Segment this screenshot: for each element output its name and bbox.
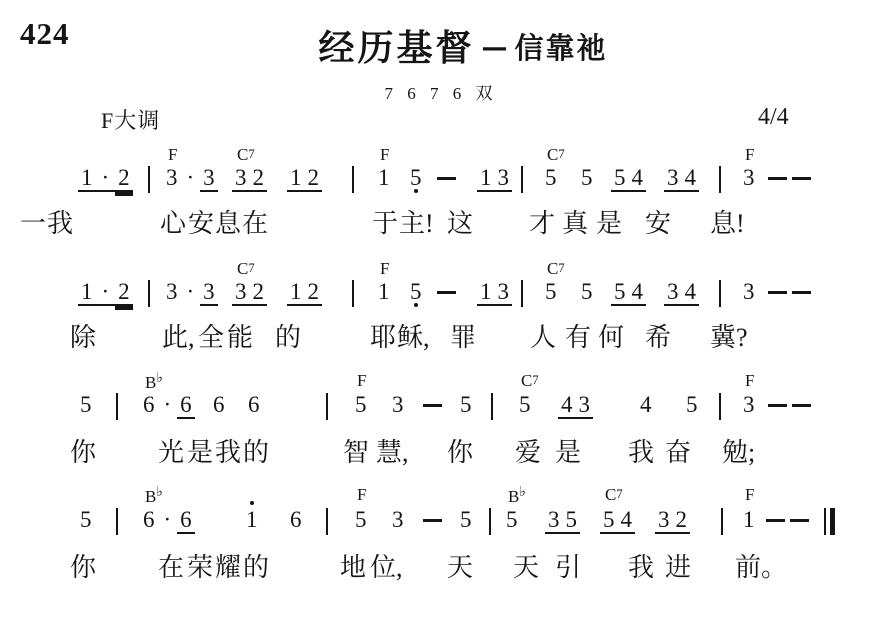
- note-group: 5: [683, 394, 701, 415]
- chord-label: F: [380, 260, 389, 277]
- lyric-syllable: 智: [343, 439, 369, 468]
- sustain-dash: [766, 519, 785, 522]
- note-group: 1: [375, 281, 393, 302]
- note-digit: 6: [287, 509, 305, 530]
- lyric-syllable: 才: [529, 210, 555, 239]
- note-digit: 5: [352, 394, 370, 415]
- note-group: 1·2: [78, 167, 133, 192]
- note-digit: 6: [245, 394, 263, 415]
- lyric-syllable: 息!: [710, 210, 745, 239]
- note-digit: 3: [576, 394, 594, 419]
- lyric-syllable: 荣: [187, 554, 213, 583]
- chord-modifier: 7: [616, 487, 622, 501]
- note-group: 5: [352, 509, 370, 530]
- sustain-dash: [792, 404, 811, 407]
- note-group: 5: [77, 394, 95, 415]
- barline: [116, 508, 118, 535]
- chord-label: F: [380, 146, 389, 163]
- sustain-dash: [437, 177, 456, 180]
- augmentation-dot: ·: [158, 394, 178, 415]
- lyric-syllable: 心: [160, 210, 186, 239]
- lyric-syllable: 你: [447, 439, 473, 468]
- note-digit: 6: [177, 509, 195, 534]
- note-group: 3·3: [163, 281, 218, 306]
- lyric-syllable: 耀: [215, 554, 241, 583]
- chord-label: C7: [547, 146, 565, 163]
- note-digit: 5: [683, 394, 701, 415]
- barline: [352, 166, 354, 193]
- chord-label: C7: [605, 486, 623, 503]
- augmentation-dot: ·: [181, 281, 201, 302]
- lyric-syllable: 有: [565, 324, 591, 353]
- note-digit: 3: [163, 281, 181, 302]
- barline: [719, 280, 721, 307]
- chord-modifier: ♭: [156, 485, 163, 500]
- lyric-syllable: 我: [628, 439, 654, 468]
- lyric-syllable: 是: [555, 439, 581, 468]
- note-digit: 3: [495, 167, 513, 192]
- note-group: 54: [611, 167, 646, 192]
- barline: [719, 393, 721, 420]
- lyric-syllable: 于: [372, 210, 398, 239]
- note-group: 5: [578, 167, 596, 188]
- lyric-syllable: 我: [47, 210, 73, 239]
- note-digit: 2: [305, 167, 323, 192]
- barline: [521, 166, 523, 193]
- lyric-syllable: 进: [665, 554, 691, 583]
- note-group: 6·6: [140, 394, 195, 419]
- chord-modifier: 7: [558, 261, 564, 275]
- lyric-syllable: 勉;: [722, 439, 755, 468]
- note-digit: 4: [637, 394, 655, 415]
- note-digit: 6: [177, 394, 195, 419]
- barline: [116, 393, 118, 420]
- note-group: 5: [542, 167, 560, 188]
- lyric-syllable: 爱: [515, 439, 541, 468]
- barline: [489, 508, 491, 535]
- note-digit: 5: [578, 167, 596, 188]
- barline: [352, 280, 354, 307]
- chord-modifier: 7: [532, 373, 538, 387]
- final-barline: [824, 508, 835, 535]
- augmentation-dot: ·: [158, 509, 178, 530]
- note-group: 3·3: [163, 167, 218, 192]
- note-digit: 3: [389, 394, 407, 415]
- chord-label: C7: [521, 372, 539, 389]
- lyric-syllable: 天: [513, 554, 539, 583]
- note-digit: 5: [457, 509, 475, 530]
- note-group: 1: [375, 167, 393, 188]
- note-digit: 5: [457, 394, 475, 415]
- note-digit: 4: [682, 281, 700, 306]
- barline: [326, 393, 328, 420]
- note-digit: 5: [542, 281, 560, 302]
- note-group: 3: [389, 394, 407, 415]
- music-sheet: 1·23·3F32C7121F5135C7554343F一我心安息在于主!这才真…: [0, 0, 882, 622]
- note-group: 13: [477, 281, 512, 306]
- note-digit: 1: [477, 167, 495, 192]
- note-digit: 1: [375, 281, 393, 302]
- note-digit: 1: [287, 167, 305, 192]
- chord-label: C7: [547, 260, 565, 277]
- lyric-syllable: 人: [530, 324, 556, 353]
- lyric-syllable: 除: [70, 324, 96, 353]
- note-digit: 5: [407, 167, 425, 188]
- note-digit: 2: [115, 167, 133, 192]
- note-group: 1: [243, 509, 261, 530]
- barline: [148, 166, 150, 193]
- note-digit: 3: [232, 281, 250, 306]
- lyric-syllable: 的: [243, 554, 269, 583]
- lyric-syllable: 何: [598, 324, 624, 353]
- note-group: 3: [740, 167, 758, 188]
- sustain-dash: [790, 519, 809, 522]
- note-group: 34: [664, 281, 699, 306]
- note-digit: 5: [600, 509, 618, 534]
- lyric-syllable: 你: [70, 554, 96, 583]
- note-digit: 4: [618, 509, 636, 534]
- chord-label: F: [357, 372, 366, 389]
- note-group: 35: [545, 509, 580, 534]
- note-digit: 4: [629, 167, 647, 192]
- note-digit: 5: [352, 509, 370, 530]
- note-digit: 5: [578, 281, 596, 302]
- lyric-syllable: 引: [555, 554, 581, 583]
- lyric-syllable: 天: [447, 554, 473, 583]
- sustain-dash: [792, 177, 811, 180]
- note-group: 5: [457, 394, 475, 415]
- lyric-syllable: 我: [215, 439, 241, 468]
- lyric-syllable: 是: [596, 210, 622, 239]
- note-group: 32: [232, 281, 267, 306]
- note-group: 3: [740, 281, 758, 302]
- note-digit: 1: [78, 167, 96, 192]
- note-digit: 5: [503, 509, 521, 530]
- chord-label: B♭: [145, 372, 163, 391]
- lyric-syllable: 在: [158, 554, 184, 583]
- barline: [148, 280, 150, 307]
- lyric-syllable: 安: [188, 210, 214, 239]
- barline: [521, 280, 523, 307]
- lyric-syllable: 的: [275, 324, 301, 353]
- hymn-page: 424 经历基督—信靠祂 7 6 7 6 双 F大调 4/4 1·23·3F32…: [0, 0, 882, 622]
- note-group: 5: [407, 281, 425, 302]
- note-group: 12: [287, 281, 322, 306]
- lyric-syllable: 耶: [370, 324, 396, 353]
- lyric-syllable: 这: [447, 210, 473, 239]
- lyric-syllable: 冀?: [710, 324, 748, 353]
- sustain-dash: [423, 519, 442, 522]
- lyric-syllable: 主!: [399, 210, 434, 239]
- note-digit: 2: [250, 281, 268, 306]
- note-group: 3: [740, 394, 758, 415]
- chord-modifier: 7: [558, 147, 564, 161]
- lyric-syllable: 希: [645, 324, 671, 353]
- sustain-dash: [768, 291, 787, 294]
- barline: [491, 393, 493, 420]
- note-group: 5: [516, 394, 534, 415]
- barline: [326, 508, 328, 535]
- barline: [719, 166, 721, 193]
- note-group: 5: [503, 509, 521, 530]
- note-group: 6: [245, 394, 263, 415]
- chord-label: F: [168, 146, 177, 163]
- note-digit: 5: [77, 394, 95, 415]
- note-group: 5: [578, 281, 596, 302]
- lyric-syllable: 位,: [370, 554, 403, 583]
- note-digit: 2: [250, 167, 268, 192]
- note-group: 1·2: [78, 281, 133, 306]
- note-digit: 5: [516, 394, 534, 415]
- note-group: 3: [389, 509, 407, 530]
- sustain-dash: [768, 177, 787, 180]
- lyric-syllable: 奋: [665, 439, 691, 468]
- lyric-syllable: 地: [340, 554, 366, 583]
- chord-modifier: 7: [248, 147, 254, 161]
- barline: [721, 508, 723, 535]
- lyric-syllable: 慧,: [376, 439, 409, 468]
- chord-label: F: [357, 486, 366, 503]
- note-group: 6·6: [140, 509, 195, 534]
- lyric-syllable: 稣,: [397, 324, 430, 353]
- note-digit: 4: [682, 167, 700, 192]
- note-digit: 4: [629, 281, 647, 306]
- note-group: 5: [457, 509, 475, 530]
- chord-label: B♭: [145, 486, 163, 505]
- note-digit: 3: [740, 167, 758, 188]
- note-digit: 2: [305, 281, 323, 306]
- octave-dot-above: [250, 501, 254, 505]
- note-group: 32: [655, 509, 690, 534]
- note-digit: 3: [740, 394, 758, 415]
- note-digit: 3: [655, 509, 673, 534]
- sustain-dash: [437, 291, 456, 294]
- chord-modifier: ♭: [156, 371, 163, 386]
- note-group: 6: [287, 509, 305, 530]
- augmentation-dot: ·: [96, 281, 116, 306]
- lyric-syllable: 你: [70, 439, 96, 468]
- note-digit: 5: [77, 509, 95, 530]
- lyric-syllable: 罪: [450, 324, 476, 353]
- note-group: 54: [611, 281, 646, 306]
- lyric-syllable: 前。: [735, 554, 787, 583]
- note-digit: 6: [140, 394, 158, 415]
- lyric-syllable: 我: [628, 554, 654, 583]
- lyric-syllable: 在: [242, 210, 268, 239]
- lyric-syllable: 息: [215, 210, 241, 239]
- sustain-dash: [768, 404, 787, 407]
- lyric-syllable: 是: [187, 439, 213, 468]
- augmentation-dot: ·: [181, 167, 201, 188]
- note-group: 43: [558, 394, 593, 419]
- note-group: 6: [210, 394, 228, 415]
- note-digit: 1: [477, 281, 495, 306]
- note-digit: 3: [545, 509, 563, 534]
- lyric-syllable: 的: [243, 439, 269, 468]
- note-digit: 3: [163, 167, 181, 188]
- chord-label: C7: [237, 146, 255, 163]
- note-digit: 1: [78, 281, 96, 306]
- augmentation-dot: ·: [96, 167, 116, 192]
- sustain-dash: [792, 291, 811, 294]
- note-digit: 6: [140, 509, 158, 530]
- note-group: 5: [407, 167, 425, 188]
- octave-dot-below: [414, 303, 418, 307]
- note-digit: 1: [375, 167, 393, 188]
- note-digit: 1: [243, 509, 261, 530]
- note-digit: 3: [495, 281, 513, 306]
- note-group: 4: [637, 394, 655, 415]
- chord-modifier: 7: [248, 261, 254, 275]
- lyric-syllable: 全: [198, 324, 224, 353]
- note-digit: 3: [664, 281, 682, 306]
- note-group: 5: [542, 281, 560, 302]
- note-digit: 5: [611, 281, 629, 306]
- chord-label: F: [745, 486, 754, 503]
- chord-label: F: [745, 146, 754, 163]
- chord-label: B♭: [508, 486, 526, 505]
- note-digit: 5: [611, 167, 629, 192]
- lyric-syllable: 光: [158, 439, 184, 468]
- note-digit: 3: [200, 281, 218, 306]
- lyric-syllable: 安: [645, 210, 671, 239]
- note-digit: 6: [210, 394, 228, 415]
- note-digit: 1: [740, 509, 758, 530]
- sustain-dash: [423, 404, 442, 407]
- chord-label: F: [745, 372, 754, 389]
- note-group: 5: [77, 509, 95, 530]
- note-digit: 3: [232, 167, 250, 192]
- chord-modifier: ♭: [519, 485, 526, 500]
- note-group: 5: [352, 394, 370, 415]
- note-group: 54: [600, 509, 635, 534]
- lyric-syllable: 能: [227, 324, 253, 353]
- note-group: 1: [740, 509, 758, 530]
- note-group: 13: [477, 167, 512, 192]
- verse-number: 一: [20, 210, 46, 239]
- note-group: 12: [287, 167, 322, 192]
- note-digit: 2: [115, 281, 133, 306]
- note-digit: 4: [558, 394, 576, 419]
- note-digit: 3: [389, 509, 407, 530]
- chord-label: C7: [237, 260, 255, 277]
- note-digit: 5: [542, 167, 560, 188]
- octave-dot-below: [414, 189, 418, 193]
- note-digit: 2: [673, 509, 691, 534]
- note-digit: 3: [664, 167, 682, 192]
- note-group: 32: [232, 167, 267, 192]
- lyric-syllable: 真: [562, 210, 588, 239]
- note-digit: 5: [563, 509, 581, 534]
- note-digit: 5: [407, 281, 425, 302]
- note-digit: 3: [200, 167, 218, 192]
- note-group: 34: [664, 167, 699, 192]
- note-digit: 3: [740, 281, 758, 302]
- lyric-syllable: 此,: [162, 324, 195, 353]
- note-digit: 1: [287, 281, 305, 306]
